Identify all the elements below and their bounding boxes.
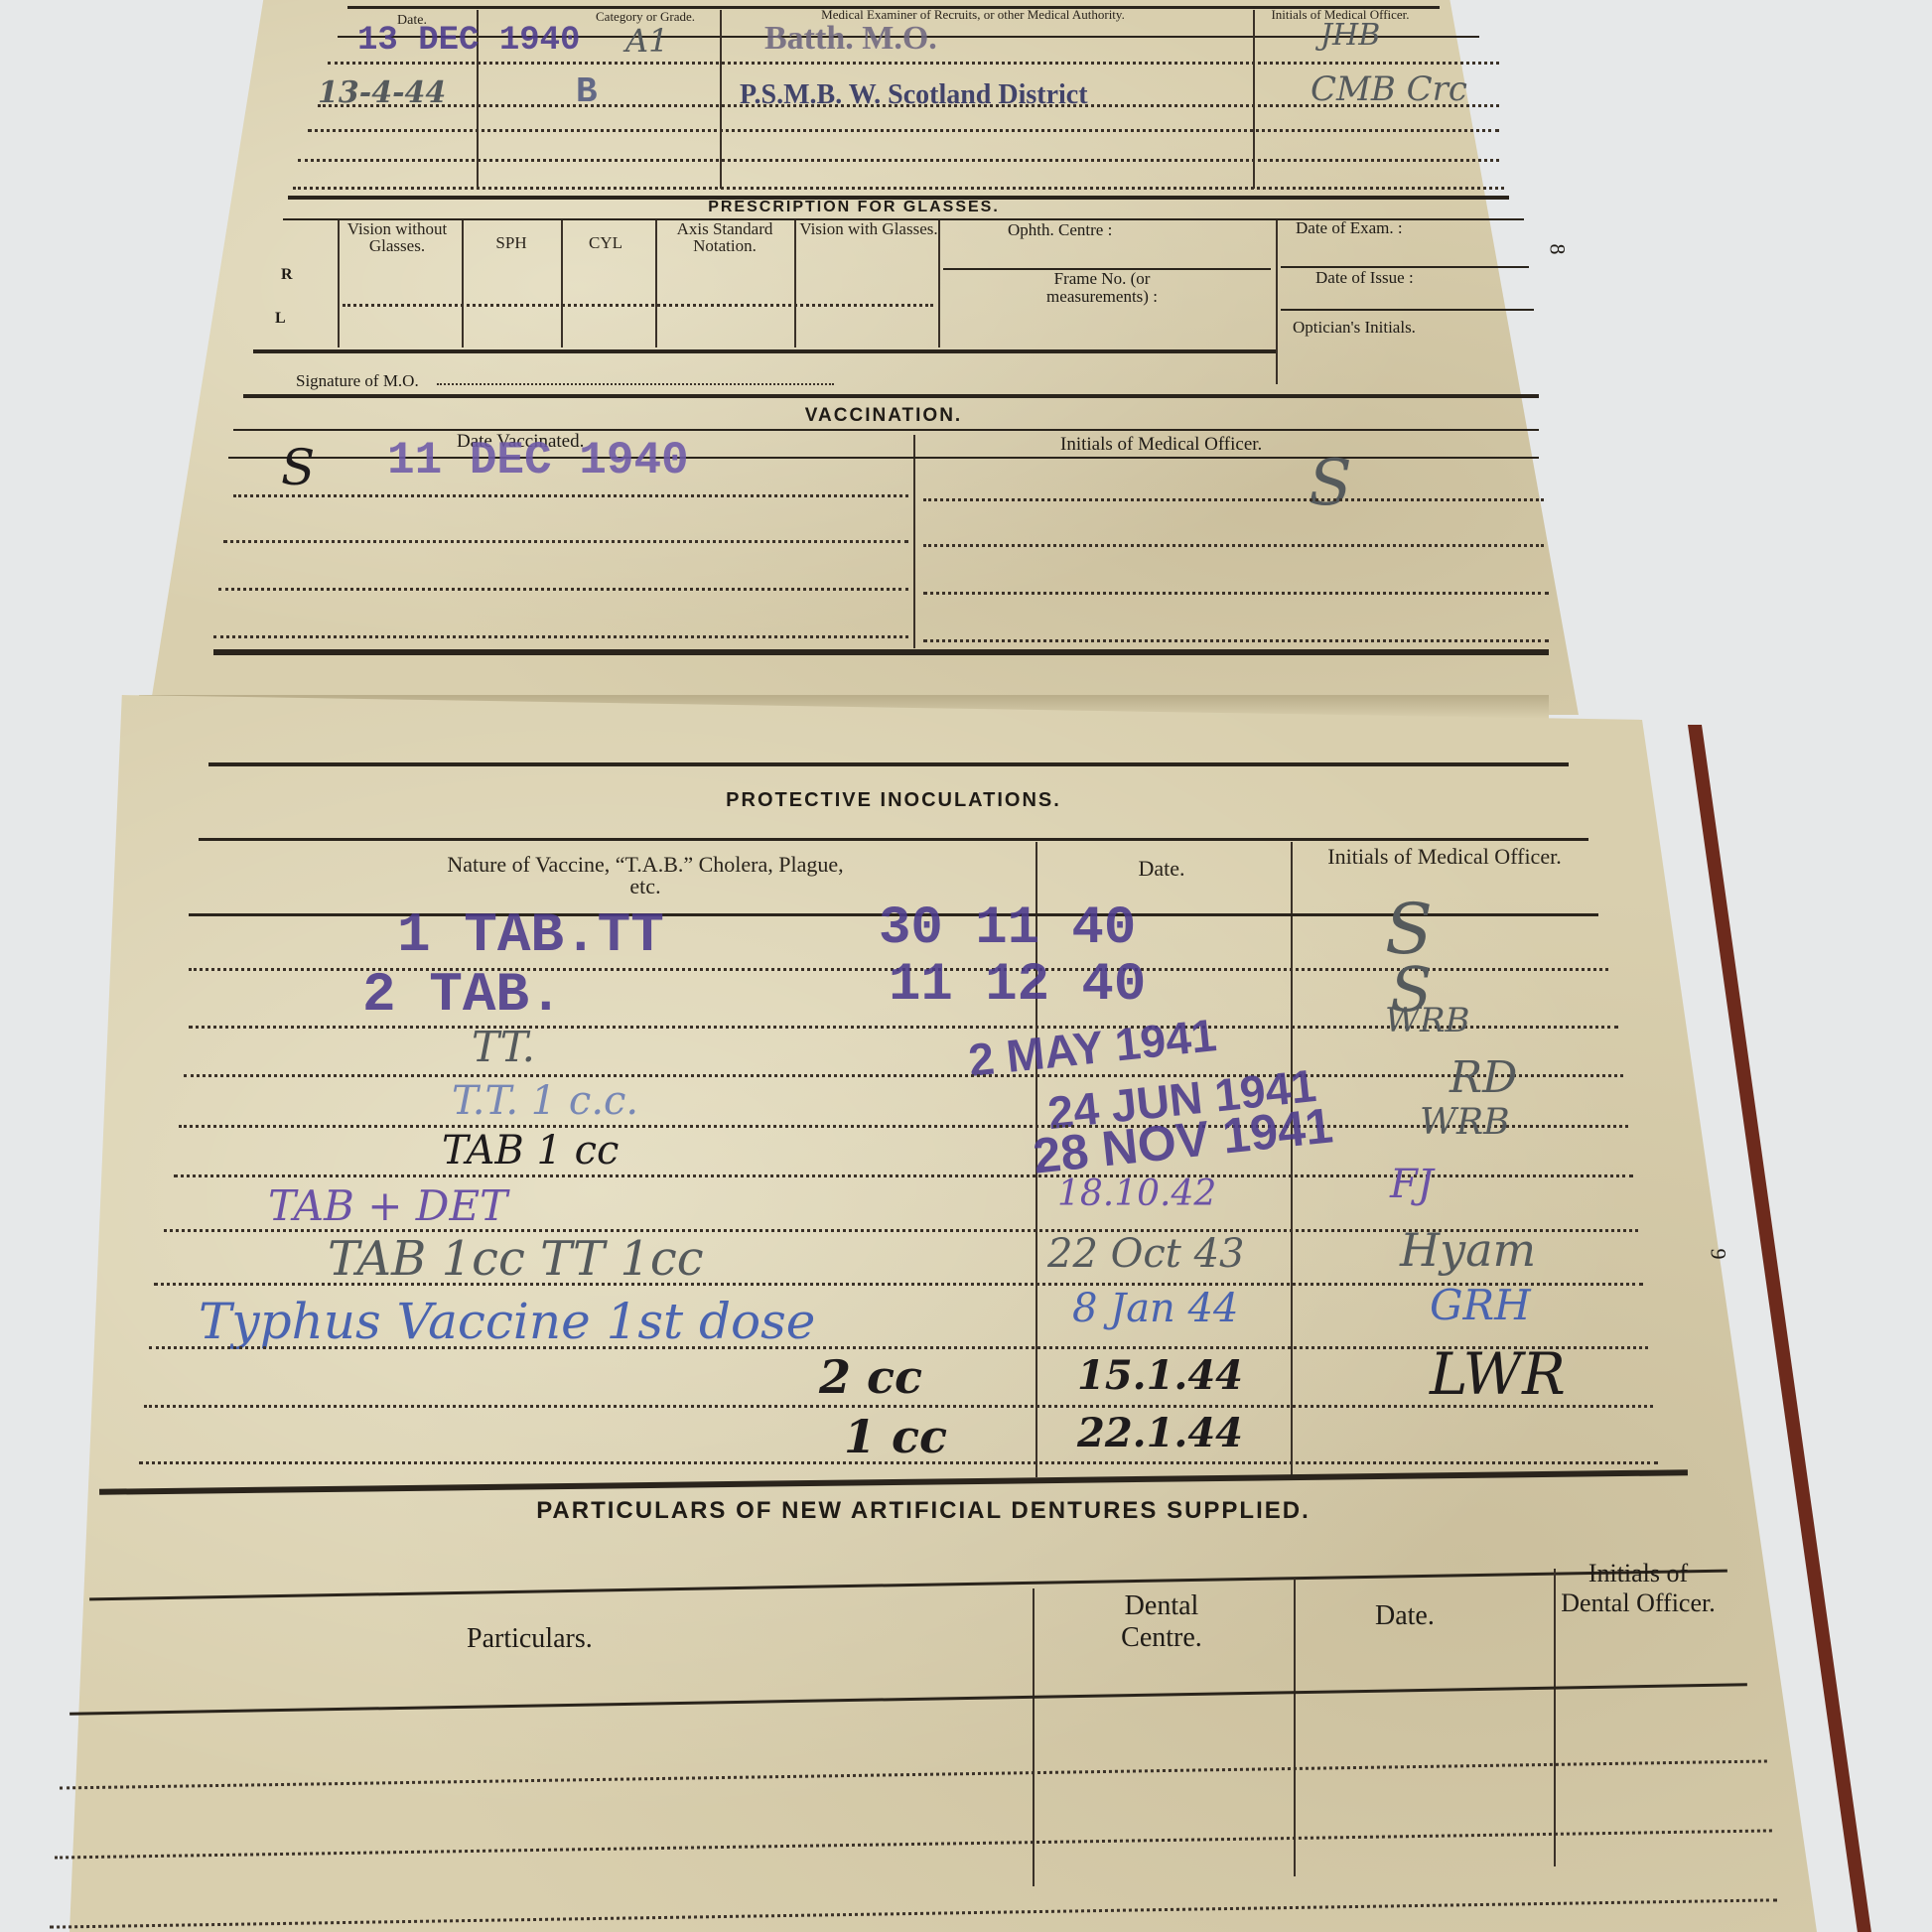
dotted-line [139, 1461, 1658, 1464]
ophth-centre-label: Ophth. Centre : [1008, 220, 1112, 240]
section-title-inoculations: PROTECTIVE INOCULATIONS. [596, 789, 1191, 812]
inoculation-vaccine-6: TAB + DET [268, 1181, 507, 1230]
col-divider [720, 10, 722, 189]
col-divider [1276, 220, 1278, 384]
classification-examiner-1: Batth. M.O. [764, 20, 937, 58]
inoculation-vaccine-5: TAB 1 cc [442, 1128, 619, 1173]
row-label-right: R [281, 266, 293, 284]
col-divider [655, 220, 657, 347]
dotted-line [328, 62, 1499, 65]
col-header-axis: Axis Standard Notation. [660, 220, 789, 254]
dotted-line [213, 635, 908, 638]
col-header-vision-without: Vision without Glasses. [343, 220, 452, 254]
col-header-sph: SPH [467, 234, 556, 251]
section-title-vaccination: VACCINATION. [635, 405, 1132, 427]
col-divider [913, 435, 915, 648]
date-of-exam-label: Date of Exam. : [1296, 218, 1403, 238]
frame-no-label: Frame No. (or measurements) : [1003, 270, 1201, 306]
col-header-dental-officer: Initials of Dental Officer. [1559, 1559, 1718, 1618]
dotted-line [293, 187, 1504, 190]
col-header-particulars: Particulars. [467, 1623, 593, 1655]
col-header-inoculation-date: Date. [1092, 860, 1231, 877]
section-title-prescription: PRESCRIPTION FOR GLASSES. [556, 199, 1152, 216]
page-number-8: 8 [1545, 244, 1571, 255]
inoculation-initials-4: RD [1449, 1052, 1517, 1103]
classification-initials-2: CMB Crc [1311, 69, 1467, 109]
inoculation-vaccine-4: T.T. 1 c.c. [452, 1078, 638, 1124]
divider [233, 429, 1539, 431]
inoculation-initials-9: LWR [1430, 1340, 1566, 1408]
inoculation-vaccine-9: 2 cc [819, 1350, 922, 1404]
inoculation-date-8: 8 Jan 44 [1072, 1286, 1238, 1331]
col-divider [1253, 10, 1255, 189]
col-divider [1554, 1569, 1556, 1866]
dotted-line [179, 1125, 1628, 1128]
divider [1281, 309, 1534, 311]
inoculation-vaccine-1: 1 TAB.TT [397, 903, 664, 967]
dotted-line [318, 104, 1499, 107]
classification-date-1: 13 DEC 1940 [357, 22, 580, 60]
dotted-line [298, 159, 1499, 162]
col-divider [1294, 1579, 1296, 1876]
divider [243, 394, 1539, 398]
dotted-line [923, 544, 1544, 547]
inoculation-date-10: 22.1.44 [1077, 1410, 1243, 1456]
divider [199, 838, 1588, 841]
signature-line[interactable] [437, 383, 834, 385]
classification-category-1: A1 [625, 22, 668, 60]
inoculation-vaccine-8: Typhus Vaccine 1st dose [199, 1293, 815, 1350]
dotted-line [144, 1405, 1653, 1408]
inoculation-vaccine-2: 2 TAB. [362, 963, 563, 1027]
inoculation-initials-7: Hyam [1400, 1223, 1536, 1277]
col-header-inoculation-initials: Initials of Medical Officer. [1311, 846, 1579, 868]
col-header-nature-of-vaccine: Nature of Vaccine, “T.A.B.” Cholera, Pla… [437, 854, 854, 897]
date-of-issue-label: Date of Issue : [1315, 268, 1414, 288]
col-divider [338, 220, 340, 347]
col-header-dental-centre: Dental Centre. [1102, 1590, 1221, 1654]
dotted-line [223, 540, 908, 543]
signature-label: Signature of M.O. [296, 371, 419, 391]
divider [213, 649, 1549, 655]
col-header-dental-date: Date. [1375, 1600, 1435, 1632]
divider [253, 349, 1276, 353]
dotted-line [923, 498, 1544, 501]
col-divider [938, 220, 940, 347]
col-divider [561, 220, 563, 347]
inoculation-date-2: 11 12 40 [889, 955, 1146, 1016]
classification-initials-1: JHB [1320, 18, 1380, 53]
col-header-vision-with: Vision with Glasses. [799, 220, 938, 237]
dotted-line [343, 304, 933, 307]
dotted-line [308, 129, 1499, 132]
dotted-line [184, 1074, 1623, 1077]
col-divider [462, 220, 464, 347]
inoculation-date-9: 15.1.44 [1077, 1352, 1243, 1399]
inoculation-vaccine-10: 1 cc [844, 1410, 947, 1463]
dotted-line [149, 1346, 1648, 1349]
col-divider [794, 220, 796, 347]
vaccination-mark: S [281, 439, 315, 496]
inoculation-vaccine-7: TAB 1cc TT 1cc [328, 1231, 704, 1287]
col-divider [1291, 842, 1293, 1477]
dotted-line [233, 494, 908, 497]
inoculation-vaccine-3: TT. [472, 1023, 535, 1071]
col-header-vaccination-initials: Initials of Medical Officer. [1060, 434, 1262, 456]
inoculation-date-1: 30 11 40 [879, 898, 1136, 959]
dotted-line [154, 1283, 1643, 1286]
dotted-line [923, 592, 1549, 595]
inoculation-date-6: 18.10.42 [1057, 1173, 1216, 1214]
inoculation-date-7: 22 Oct 43 [1047, 1231, 1245, 1277]
section-title-dentures: PARTICULARS OF NEW ARTIFICIAL DENTURES S… [377, 1497, 1469, 1525]
inoculation-initials-8: GRH [1430, 1281, 1531, 1329]
divider [208, 762, 1569, 766]
inoculation-initials-5: WRB [1420, 1102, 1510, 1143]
vaccination-date: 11 DEC 1940 [387, 435, 689, 486]
row-label-left: L [275, 310, 286, 328]
dotted-line [218, 588, 908, 591]
page-number-9: 9 [1706, 1249, 1731, 1260]
inoculation-initials-3: WRB [1385, 1001, 1470, 1040]
vaccination-initials: S [1309, 447, 1352, 520]
dotted-line [923, 639, 1549, 642]
opticians-initials-label: Optician's Initials. [1293, 318, 1416, 338]
col-header-cyl: CYL [566, 234, 645, 251]
inoculation-initials-6: FJ [1390, 1162, 1434, 1207]
